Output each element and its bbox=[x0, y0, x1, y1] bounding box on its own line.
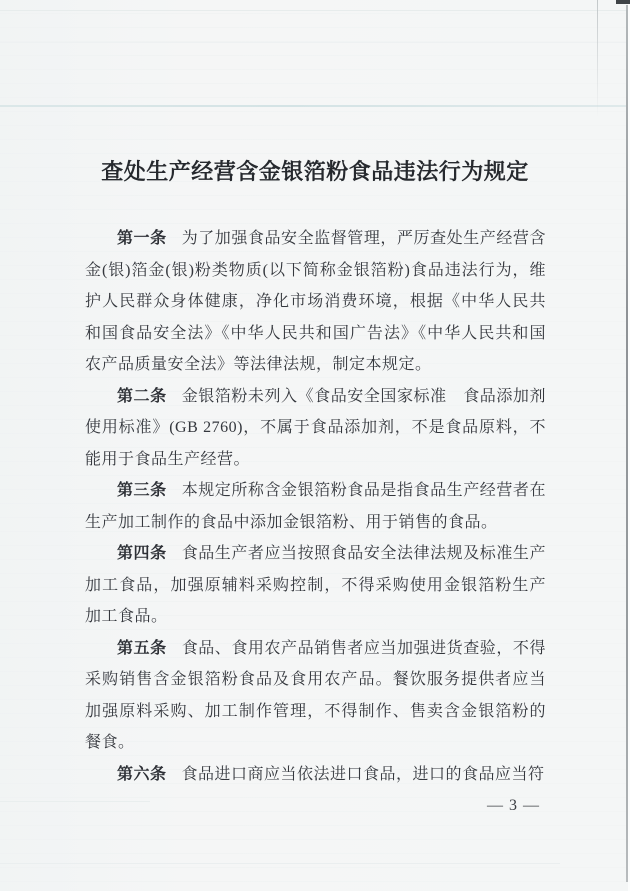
scan-fold-streak bbox=[597, 0, 598, 118]
article-text: 食品进口商应当依法进口食品，进口的食品应当符 bbox=[182, 766, 545, 783]
article-number-label: 第三条 bbox=[117, 482, 167, 499]
article-paragraph-5: 第五条食品、食用农产品销售者应当加强进货查验，不得采购销售含金银箔粉食品及食用农… bbox=[85, 633, 546, 759]
article-paragraph-6: 第六条食品进口商应当依法进口食品，进口的食品应当符 bbox=[85, 759, 546, 791]
scan-artifact-line-bottom bbox=[0, 863, 560, 864]
page-number: — 3 — bbox=[487, 797, 540, 815]
scan-artifact-line-blue bbox=[0, 105, 630, 107]
scan-artifact-line-bottom-left bbox=[0, 801, 150, 802]
article-number-label: 第二条 bbox=[117, 388, 167, 405]
page-edge-line bbox=[626, 5, 628, 882]
scan-corner-mark bbox=[616, 0, 630, 4]
article-paragraph-3: 第三条本规定所称含金银箔粉食品是指食品生产经营者在生产加工制作的食品中添加金银箔… bbox=[85, 475, 546, 538]
article-number-label: 第五条 bbox=[117, 640, 167, 657]
document-title: 查处生产经营含金银箔粉食品违法行为规定 bbox=[70, 155, 560, 186]
article-paragraph-2: 第二条金银箔粉未列入《食品安全国家标准 食品添加剂使用标准》(GB 2760)，… bbox=[85, 381, 546, 476]
scanned-document-page: 查处生产经营含金银箔粉食品违法行为规定 第一条为了加强食品安全监督管理，严厉查处… bbox=[0, 0, 630, 891]
scan-artifact-line-upper bbox=[0, 42, 630, 43]
article-number-label: 第一条 bbox=[117, 230, 167, 247]
article-number-label: 第六条 bbox=[117, 766, 167, 783]
article-number-label: 第四条 bbox=[117, 545, 167, 562]
scan-artifact-line-top bbox=[0, 10, 630, 11]
article-text: 为了加强食品安全监督管理，严厉查处生产经营含金(银)箔金(银)粉类物质(以下简称… bbox=[85, 230, 546, 373]
article-paragraph-1: 第一条为了加强食品安全监督管理，严厉查处生产经营含金(银)箔金(银)粉类物质(以… bbox=[85, 223, 546, 381]
document-body: 第一条为了加强食品安全监督管理，严厉查处生产经营含金(银)箔金(银)粉类物质(以… bbox=[85, 223, 546, 790]
article-paragraph-4: 第四条食品生产者应当按照食品安全法律法规及标准生产加工食品，加强原辅料采购控制，… bbox=[85, 538, 546, 633]
